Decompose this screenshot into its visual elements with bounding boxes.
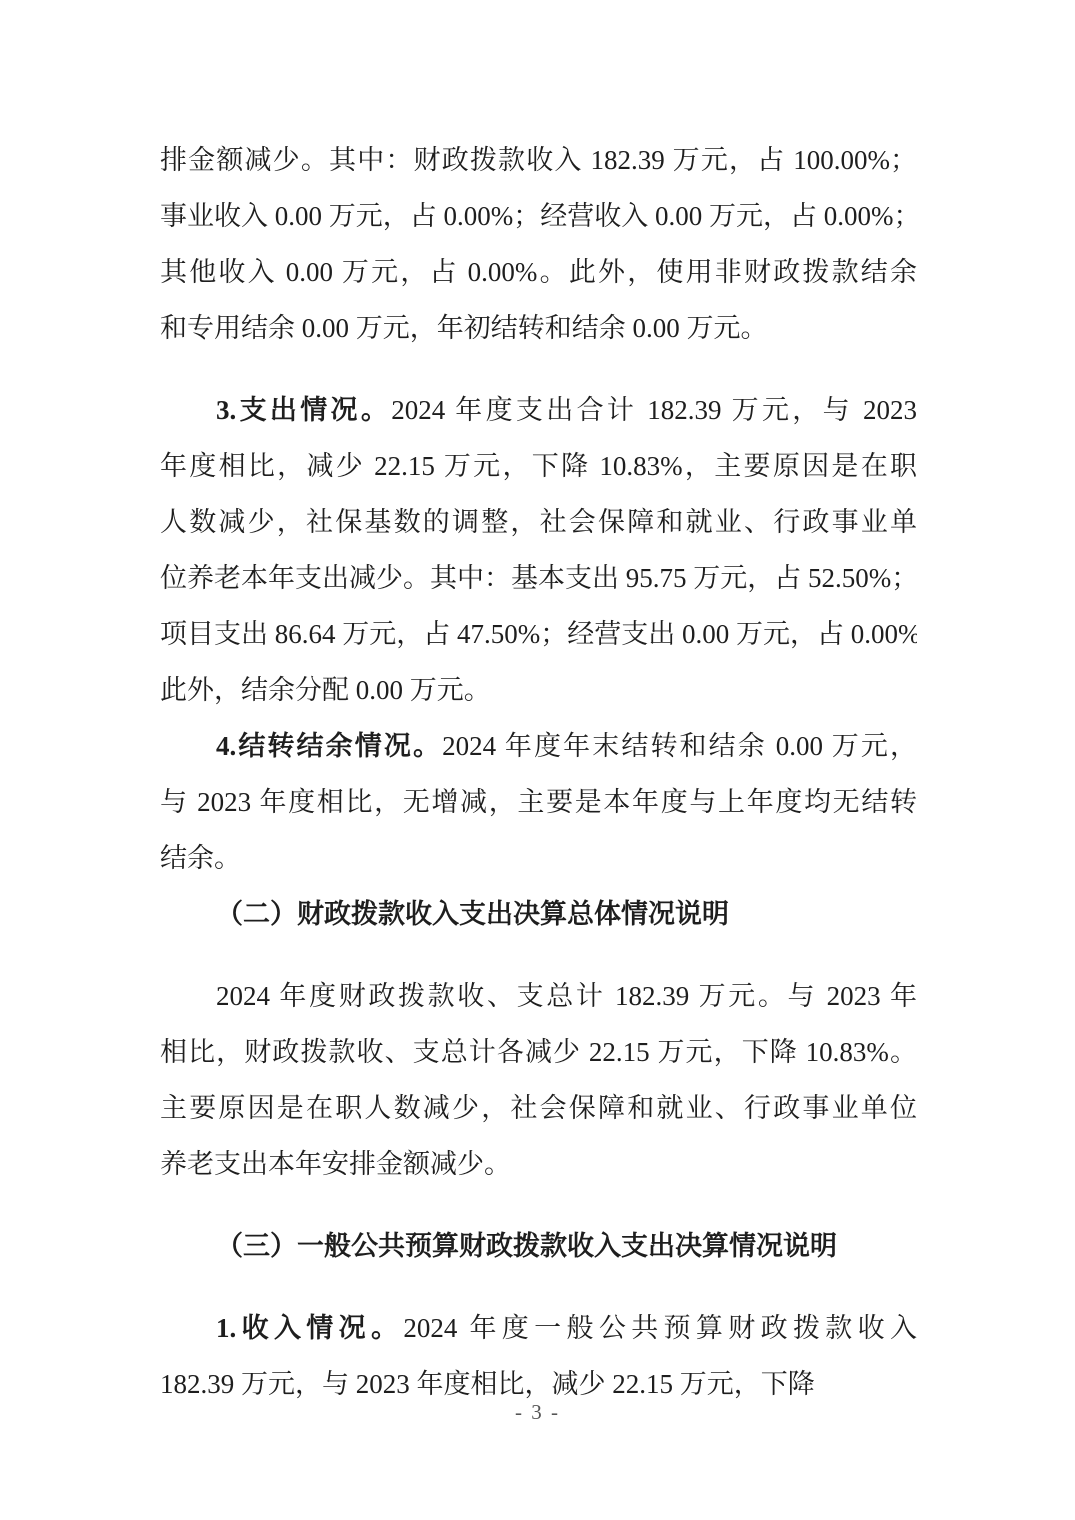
text-line: 排金额减少。其中：财政拨款收入 182.39 万元，占 100.00%； <box>160 132 917 188</box>
bold-run: 1.收入情况。 <box>216 1313 403 1343</box>
text-line: 2024 年度财政拨款收、支总计 182.39 万元。与 2023 年 <box>160 968 917 1024</box>
text-run: 其他收入 0.00 万元，占 0.00%。此外，使用非财政拨款结余 <box>160 257 917 287</box>
text-line: 项目支出 86.64 万元，占 47.50%；经营支出 0.00 万元，占 0.… <box>160 606 917 662</box>
text-run: 182.39 万元，与 2023 年度相比，减少 22.15 万元，下降 <box>160 1369 815 1399</box>
text-line: 年度相比，减少 22.15 万元，下降 10.83%，主要原因是在职 <box>160 438 917 494</box>
page-number: - 3 - <box>0 1400 1075 1425</box>
text-run: 相比，财政拨款收、支总计各减少 22.15 万元，下降 10.83%。 <box>160 1037 917 1067</box>
text-run: 结余。 <box>160 843 241 873</box>
text-run: 2024 年度财政拨款收、支总计 182.39 万元。与 2023 年 <box>216 981 917 1011</box>
text-line: 结余。 <box>160 830 917 886</box>
heading-text: （二）财政拨款收入支出决算总体情况说明 <box>216 899 729 929</box>
text-line: 人数减少，社保基数的调整，社会保障和就业、行政事业单 <box>160 494 917 550</box>
section-heading-3: （三）一般公共预算财政拨款收入支出决算情况说明 <box>160 1218 917 1274</box>
paragraph-expenditure-lead: 3.支出情况。2024 年度支出合计 182.39 万元，与 2023 <box>160 382 917 438</box>
text-line: 主要原因是在职人数减少，社会保障和就业、行政事业单位 <box>160 1080 917 1136</box>
bold-run: 4.结转结余情况。 <box>216 731 442 761</box>
text-run: 2024 年度一般公共预算财政拨款收入 <box>403 1313 917 1343</box>
text-run: 与 2023 年度相比，无增减，主要是本年度与上年度均无结转 <box>160 787 917 817</box>
text-line: 养老支出本年安排金额减少。 <box>160 1136 917 1192</box>
document-body: 排金额减少。其中：财政拨款收入 182.39 万元，占 100.00%； 事业收… <box>160 132 917 1412</box>
text-line: 相比，财政拨款收、支总计各减少 22.15 万元，下降 10.83%。 <box>160 1024 917 1080</box>
document-page: 排金额减少。其中：财政拨款收入 182.39 万元，占 100.00%； 事业收… <box>0 0 1075 1520</box>
text-run: 项目支出 86.64 万元，占 47.50%；经营支出 0.00 万元，占 0.… <box>160 619 917 649</box>
text-line: 和专用结余 0.00 万元，年初结转和结余 0.00 万元。 <box>160 300 917 356</box>
text-run: 排金额减少。其中：财政拨款收入 182.39 万元，占 100.00%； <box>160 145 917 175</box>
text-run: 养老支出本年安排金额减少。 <box>160 1149 511 1179</box>
text-line: 位养老本年支出减少。其中：基本支出 95.75 万元，占 52.50%； <box>160 550 917 606</box>
text-line: 其他收入 0.00 万元，占 0.00%。此外，使用非财政拨款结余 <box>160 244 917 300</box>
text-run: 此外，结余分配 0.00 万元。 <box>160 675 491 705</box>
text-line: 事业收入 0.00 万元，占 0.00%；经营收入 0.00 万元，占 0.00… <box>160 188 917 244</box>
heading-text: （三）一般公共预算财政拨款收入支出决算情况说明 <box>216 1231 837 1261</box>
text-run: 事业收入 0.00 万元，占 0.00%；经营收入 0.00 万元，占 0.00… <box>160 201 917 231</box>
section-heading-2: （二）财政拨款收入支出决算总体情况说明 <box>160 886 917 942</box>
paragraph-income-lead: 1.收入情况。2024 年度一般公共预算财政拨款收入 <box>160 1300 917 1356</box>
text-run: 位养老本年支出减少。其中：基本支出 95.75 万元，占 52.50%； <box>160 563 917 593</box>
paragraph-carryover-lead: 4.结转结余情况。2024 年度年末结转和结余 0.00 万元， <box>160 718 917 774</box>
text-run: 人数减少，社保基数的调整，社会保障和就业、行政事业单 <box>160 507 917 537</box>
text-run: 2024 年度年末结转和结余 0.00 万元， <box>442 731 917 761</box>
text-run: 主要原因是在职人数减少，社会保障和就业、行政事业单位 <box>160 1093 917 1123</box>
text-line: 与 2023 年度相比，无增减，主要是本年度与上年度均无结转 <box>160 774 917 830</box>
bold-run: 3.支出情况。 <box>216 395 391 425</box>
text-run: 2024 年度支出合计 182.39 万元，与 2023 <box>391 395 917 425</box>
text-line: 此外，结余分配 0.00 万元。 <box>160 662 917 718</box>
text-run: 和专用结余 0.00 万元，年初结转和结余 0.00 万元。 <box>160 313 768 343</box>
text-run: 年度相比，减少 22.15 万元，下降 10.83%，主要原因是在职 <box>160 451 917 481</box>
